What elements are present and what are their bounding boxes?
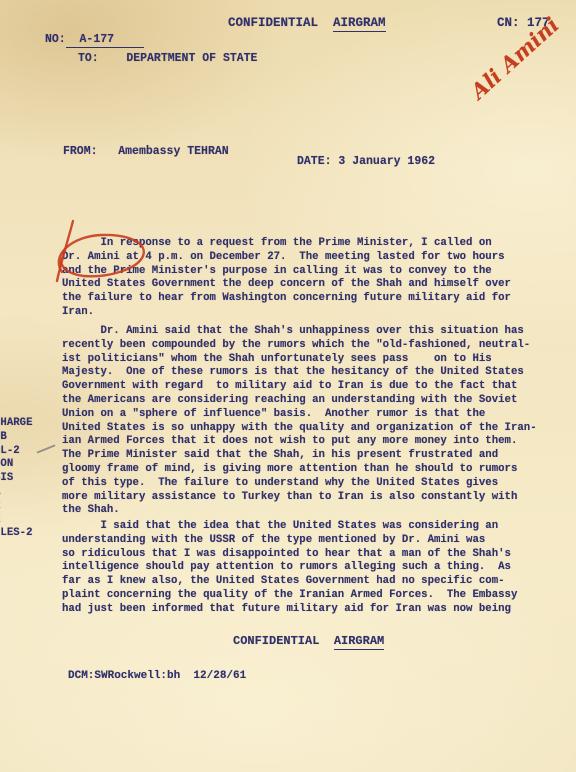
- from-spacer: [98, 145, 119, 158]
- no-value-text: A-177: [80, 33, 115, 46]
- pencil-checkmark: [36, 444, 55, 453]
- from-row: FROM: Amembassy TEHRAN: [63, 145, 229, 159]
- footer-doc-type: AIRGRAM: [334, 634, 384, 650]
- no-label: NO:: [45, 33, 66, 46]
- to-spacer: [99, 52, 127, 65]
- from-label: FROM:: [63, 145, 98, 158]
- to-value: DEPARTMENT OF STATE: [126, 52, 257, 65]
- header-doc-type: AIRGRAM: [333, 16, 386, 32]
- paragraph-2: Dr. Amini said that the Shah's unhappine…: [62, 325, 554, 518]
- date-row: DATE: 3 January 1962: [297, 155, 435, 169]
- to-row: TO: DEPARTMENT OF STATE: [78, 52, 257, 66]
- paragraph-1: In response to a request from the Prime …: [62, 237, 554, 320]
- no-value: A-177: [66, 33, 144, 48]
- header-classification: CONFIDENTIAL AIRGRAM: [228, 16, 386, 30]
- paragraph-3: I said that the idea that the United Sta…: [62, 520, 554, 617]
- footer-classification-word: CONFIDENTIAL: [233, 634, 319, 648]
- distribution-list: CHARGE MB OL-2 CON SIS A R R ILES-2: [0, 417, 32, 541]
- header-classification-space: [318, 16, 333, 30]
- no-row: NO: A-177: [45, 33, 144, 48]
- drafting-note: DCM:SWRockwell:bh 12/28/61: [68, 670, 246, 684]
- footer-classification: CONFIDENTIAL AIRGRAM: [233, 634, 384, 648]
- header-classification-word: CONFIDENTIAL: [228, 16, 318, 30]
- to-label: TO:: [78, 52, 99, 65]
- date-label: DATE:: [297, 155, 332, 168]
- footer-classification-space: [319, 634, 333, 648]
- date-value: 3 January 1962: [338, 155, 435, 168]
- airgram-document-page: CONFIDENTIAL AIRGRAM CN: 177 NO: A-177 T…: [0, 0, 576, 772]
- from-value: Amembassy TEHRAN: [118, 145, 228, 158]
